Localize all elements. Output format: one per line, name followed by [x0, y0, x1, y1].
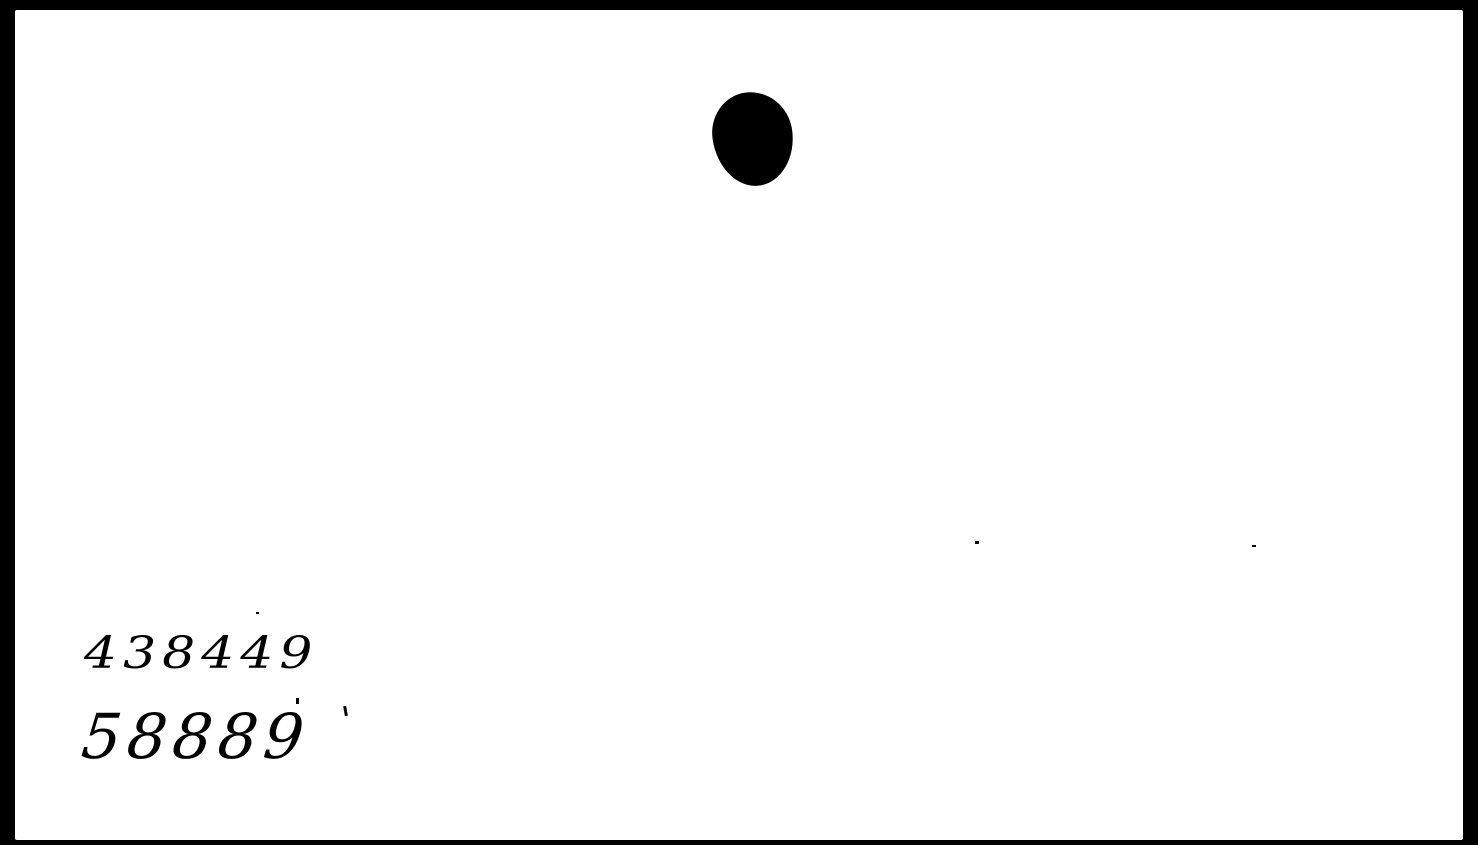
handwritten-number-1: 438449 — [84, 628, 319, 679]
punch-hole — [707, 87, 799, 191]
ink-speck — [1252, 545, 1256, 547]
handwritten-number-2: 58889 — [78, 700, 313, 773]
ink-speck — [975, 541, 979, 544]
ink-speck — [296, 698, 299, 704]
ink-speck — [256, 612, 259, 614]
